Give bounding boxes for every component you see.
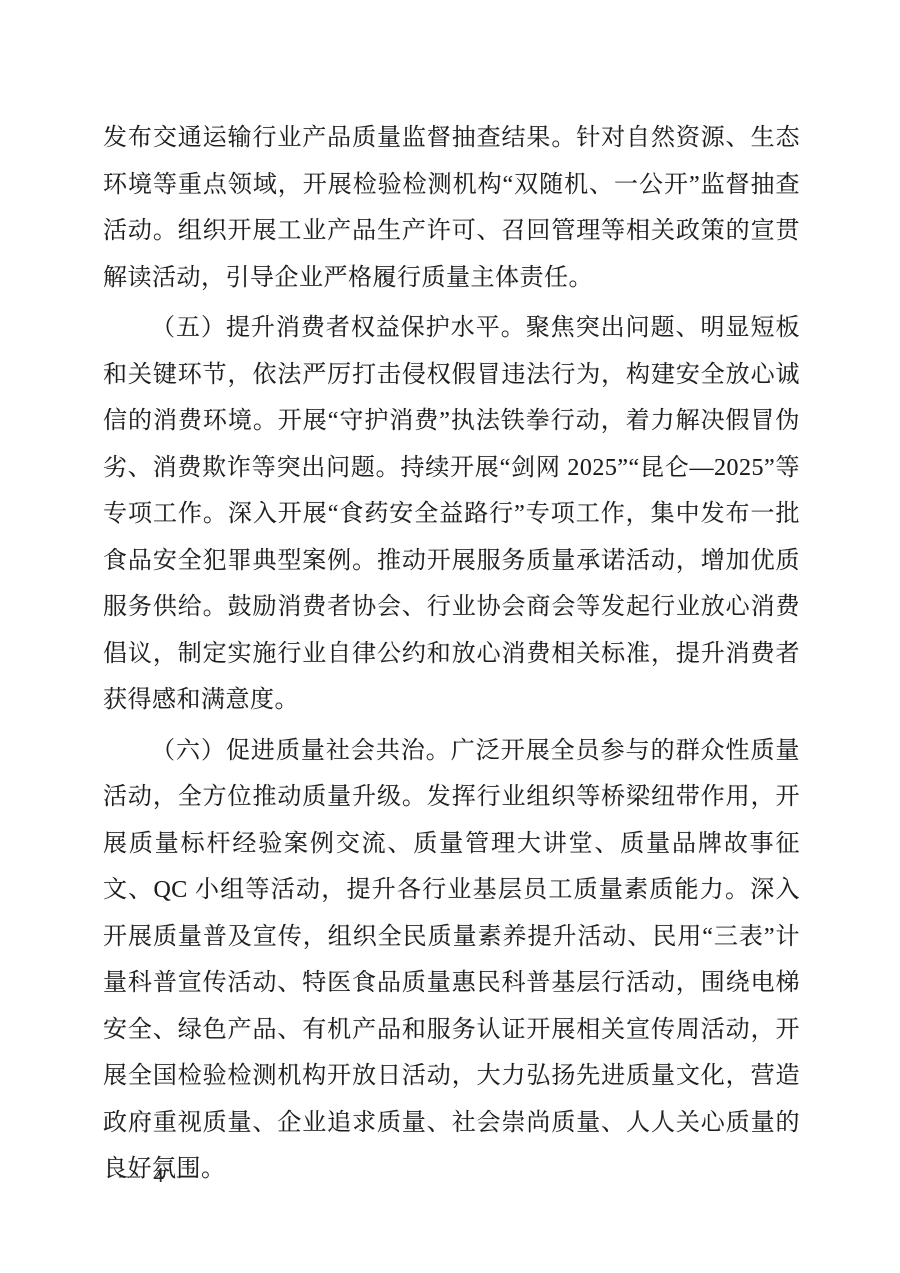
paragraph-item-6: （六）促进质量社会共治。广泛开展全员参与的群众性质量活动，全方位推动质量升级。发… [103,728,800,1193]
document-body: 发布交通运输行业产品质量监督抽查结果。针对自然资源、生态环境等重点领域，开展检验… [103,115,800,1193]
page-number: — 4 — [119,1163,202,1188]
paragraph-continuation: 发布交通运输行业产品质量监督抽查结果。针对自然资源、生态环境等重点领域，开展检验… [103,115,800,301]
paragraph-item-5: （五）提升消费者权益保护水平。聚焦突出问题、明显短板和关键环节，依法严厉打击侵权… [103,305,800,724]
document-page: 发布交通运输行业产品质量监督抽查结果。针对自然资源、生态环境等重点领域，开展检验… [0,0,900,1273]
